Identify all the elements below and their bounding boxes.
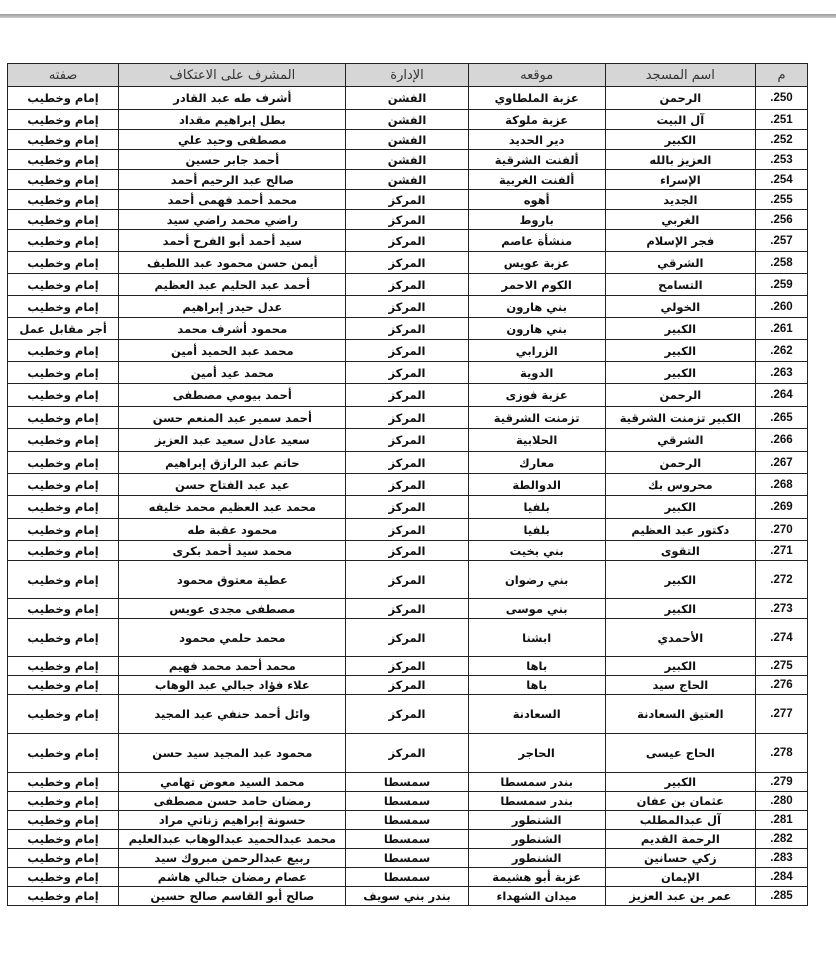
cell-num: 250. [755,87,807,110]
cell-role: إمام وخطيب [8,362,119,384]
cell-administration: المركز [346,384,468,407]
table-row: 275.الكبيرباهاالمركزمحمد أحمد محمد فهيمإ… [8,657,808,676]
table-row: 268.محروس بكالدوالطةالمركزعيد عبد الفتاح… [8,474,808,496]
cell-location: الحاجر [468,734,605,773]
cell-location: أهوه [468,190,605,210]
cell-num: 266. [755,429,807,452]
table-row: 270.دكتور عبد العظيمبلفياالمركزمحمود عقب… [8,519,808,541]
cell-supervisor: محمد عبد الحميد أمين [119,340,346,362]
cell-mosque-name: الحاج سيد [605,676,755,695]
table-row: 281.آل عبدالمطلبالشنطورسمسطاحسونة إبراهي… [8,811,808,830]
cell-num: 274. [755,619,807,657]
cell-location: الكوم الاحمر [468,274,605,296]
cell-mosque-name: الرحمن [605,452,755,474]
table-row: 264.الرحمنعزبة فوزىالمركزأحمد بيومي مصطف… [8,384,808,407]
cell-num: 271. [755,541,807,561]
cell-location: عزبة فوزى [468,384,605,407]
table-row: 267.الرحمنمعاركالمركزحاتم عبد الرازق إبر… [8,452,808,474]
table-row: 262.الكبيرالزرابيالمركزمحمد عبد الحميد أ… [8,340,808,362]
cell-administration: سمسطا [346,830,468,849]
cell-num: 267. [755,452,807,474]
table-row: 283.زكي حسانينالشنطورسمسطاربيع عبدالرحمن… [8,849,808,868]
cell-supervisor: راضي محمد راضي سيد [119,210,346,230]
cell-location: الشنطور [468,830,605,849]
cell-administration: المركز [346,210,468,230]
table-row: 266.الشرقيالحلابيةالمركزسعيد عادل سعيد ع… [8,429,808,452]
cell-supervisor: محمد سيد أحمد بكرى [119,541,346,561]
cell-role: إمام وخطيب [8,496,119,519]
cell-supervisor: محمد حلمي محمود [119,619,346,657]
cell-role: إمام وخطيب [8,868,119,887]
cell-num: 277. [755,695,807,734]
cell-mosque-name: الكبير [605,496,755,519]
cell-num: 253. [755,150,807,170]
cell-role: إمام وخطيب [8,541,119,561]
table-row: 250.الرحمنعزبة الملطاويالفشنأشرف طه عبد … [8,87,808,110]
cell-administration: المركز [346,452,468,474]
cell-location: بني موسى [468,599,605,619]
cell-role: إمام وخطيب [8,130,119,150]
cell-num: 259. [755,274,807,296]
cell-role: إمام وخطيب [8,407,119,429]
cell-mosque-name: الشرقي [605,252,755,274]
cell-num: 278. [755,734,807,773]
cell-location: عزبة ملوكة [468,110,605,130]
cell-administration: المركز [346,519,468,541]
cell-administration: المركز [346,407,468,429]
cell-administration: المركز [346,474,468,496]
cell-administration: الفشن [346,130,468,150]
cell-administration: المركز [346,734,468,773]
cell-num: 276. [755,676,807,695]
cell-mosque-name: التقوى [605,541,755,561]
cell-supervisor: عيد عبد الفتاح حسن [119,474,346,496]
cell-location: الدوية [468,362,605,384]
cell-mosque-name: الكبير [605,561,755,599]
cell-supervisor: عصام رمضان جبالي هاشم [119,868,346,887]
cell-mosque-name: الإسراء [605,170,755,190]
cell-supervisor: محمود عقبة طه [119,519,346,541]
cell-administration: المركز [346,318,468,340]
table-body: 250.الرحمنعزبة الملطاويالفشنأشرف طه عبد … [8,87,808,906]
cell-location: بندر سمسطا [468,773,605,792]
cell-mosque-name: الرحمن [605,384,755,407]
cell-num: 285. [755,887,807,906]
cell-mosque-name: الكبير تزمنت الشرقية [605,407,755,429]
cell-administration: المركز [346,561,468,599]
cell-supervisor: صالح عبد الرحيم أحمد [119,170,346,190]
mosque-supervisors-table: م اسم المسجد موقعه الإدارة المشرف على ال… [7,63,808,906]
header-role: صفته [8,64,119,87]
cell-role: أجر مقابل عمل [8,318,119,340]
cell-location: ميدان الشهداء [468,887,605,906]
table-row: 251.آل البيتعزبة ملوكةالفشنبطل إبراهيم م… [8,110,808,130]
cell-administration: سمسطا [346,868,468,887]
cell-location: دير الحديد [468,130,605,150]
table-row: 252.الكبيردير الحديدالفشنمصطفى وحيد عليإ… [8,130,808,150]
cell-role: إمام وخطيب [8,676,119,695]
cell-supervisor: أيمن حسن محمود عبد اللطيف [119,252,346,274]
table-row: 265.الكبير تزمنت الشرقيةتزمنت الشرقيةالم… [8,407,808,429]
cell-mosque-name: الخولي [605,296,755,318]
cell-num: 258. [755,252,807,274]
cell-mosque-name: العتيق السعادنة [605,695,755,734]
cell-role: إمام وخطيب [8,811,119,830]
table-row: 254.الإسراءألفنت الغربيةالفشنصالح عبد ال… [8,170,808,190]
cell-location: ألفنت الغربية [468,170,605,190]
cell-location: بلفيا [468,496,605,519]
cell-mosque-name: الرحمة القديم [605,830,755,849]
cell-num: 255. [755,190,807,210]
cell-mosque-name: الغربي [605,210,755,230]
table-row: 274.الأحمديابشناالمركزمحمد حلمي محمودإما… [8,619,808,657]
cell-supervisor: عدل حيدر إبراهيم [119,296,346,318]
cell-location: الدوالطة [468,474,605,496]
cell-location: الشنطور [468,811,605,830]
table-row: 255.الجديدأهوهالمركزمحمد أحمد فهمى أحمدإ… [8,190,808,210]
cell-location: باها [468,657,605,676]
cell-mosque-name: الحاج عيسى [605,734,755,773]
table-row: 259.التسامحالكوم الاحمرالمركزأحمد عبد ال… [8,274,808,296]
table-row: 253.العزيز باللهألفنت الشرقيةالفشنأحمد ج… [8,150,808,170]
cell-mosque-name: فجر الإسلام [605,230,755,252]
cell-administration: المركز [346,190,468,210]
cell-administration: المركز [346,676,468,695]
cell-role: إمام وخطيب [8,619,119,657]
cell-role: إمام وخطيب [8,296,119,318]
cell-mosque-name: عثمان بن عفان [605,792,755,811]
table-row: 285.عمر بن عبد العزيزميدان الشهداءبندر ب… [8,887,808,906]
page-top-rule [0,14,836,18]
cell-role: إمام وخطيب [8,695,119,734]
cell-supervisor: بطل إبراهيم مقداد [119,110,346,130]
cell-supervisor: محمود أشرف محمد [119,318,346,340]
cell-location: عزبة الملطاوي [468,87,605,110]
cell-location: الزرابي [468,340,605,362]
cell-role: إمام وخطيب [8,474,119,496]
header-administration: الإدارة [346,64,468,87]
cell-supervisor: عطية معتوق محمود [119,561,346,599]
cell-num: 265. [755,407,807,429]
cell-mosque-name: الكبير [605,130,755,150]
cell-supervisor: وائل أحمد حنفي عبد المجيد [119,695,346,734]
table-row: 256.الغربيباروطالمركزراضي محمد راضي سيدإ… [8,210,808,230]
cell-supervisor: أحمد بيومي مصطفى [119,384,346,407]
cell-num: 282. [755,830,807,849]
table-row: 277.العتيق السعادنةالسعادنةالمركزوائل أح… [8,695,808,734]
cell-role: إمام وخطيب [8,734,119,773]
cell-num: 273. [755,599,807,619]
cell-administration: الفشن [346,150,468,170]
cell-num: 268. [755,474,807,496]
cell-mosque-name: الكبير [605,340,755,362]
cell-role: إمام وخطيب [8,110,119,130]
cell-supervisor: محمود عبد المجيد سيد حسن [119,734,346,773]
cell-mosque-name: دكتور عبد العظيم [605,519,755,541]
cell-mosque-name: عمر بن عبد العزيز [605,887,755,906]
cell-supervisor: رمضان حامد حسن مصطفى [119,792,346,811]
cell-role: إمام وخطيب [8,887,119,906]
cell-num: 279. [755,773,807,792]
header-location: موقعه [468,64,605,87]
cell-location: باها [468,676,605,695]
cell-role: إمام وخطيب [8,150,119,170]
cell-location: بندر سمسطا [468,792,605,811]
cell-supervisor: ربيع عبدالرحمن مبروك سيد [119,849,346,868]
table-row: 278.الحاج عيسىالحاجرالمركزمحمود عبد المج… [8,734,808,773]
cell-supervisor: محمد أحمد فهمى أحمد [119,190,346,210]
cell-role: إمام وخطيب [8,384,119,407]
cell-location: بلفيا [468,519,605,541]
cell-mosque-name: زكي حسانين [605,849,755,868]
cell-mosque-name: آل البيت [605,110,755,130]
cell-supervisor: علاء فؤاد جبالي عبد الوهاب [119,676,346,695]
cell-administration: المركز [346,599,468,619]
cell-administration: سمسطا [346,792,468,811]
table-row: 260.الخوليبني هارونالمركزعدل حيدر إبراهي… [8,296,808,318]
cell-role: إمام وخطيب [8,252,119,274]
cell-mosque-name: الكبير [605,318,755,340]
cell-administration: المركز [346,362,468,384]
cell-role: إمام وخطيب [8,849,119,868]
cell-supervisor: أحمد جابر حسين [119,150,346,170]
cell-administration: الفشن [346,170,468,190]
cell-supervisor: محمد السيد معوض تهامي [119,773,346,792]
cell-num: 281. [755,811,807,830]
cell-mosque-name: الإيمان [605,868,755,887]
cell-location: تزمنت الشرقية [468,407,605,429]
table-row: 263.الكبيرالدويةالمركزمحمد عيد أمينإمام … [8,362,808,384]
cell-role: إمام وخطيب [8,190,119,210]
cell-location: منشأة عاصم [468,230,605,252]
cell-supervisor: محمد عبد العظيم محمد خليفه [119,496,346,519]
cell-num: 269. [755,496,807,519]
cell-num: 254. [755,170,807,190]
cell-administration: سمسطا [346,849,468,868]
cell-administration: سمسطا [346,773,468,792]
cell-mosque-name: التسامح [605,274,755,296]
cell-num: 264. [755,384,807,407]
cell-administration: المركز [346,429,468,452]
cell-num: 262. [755,340,807,362]
cell-administration: المركز [346,340,468,362]
cell-role: إمام وخطيب [8,657,119,676]
cell-supervisor: سعيد عادل سعيد عبد العزيز [119,429,346,452]
cell-location: ابشنا [468,619,605,657]
cell-num: 252. [755,130,807,150]
cell-supervisor: حاتم عبد الرازق إبراهيم [119,452,346,474]
table-header-row: م اسم المسجد موقعه الإدارة المشرف على ال… [8,64,808,87]
cell-mosque-name: الشرقي [605,429,755,452]
cell-location: بني هارون [468,318,605,340]
cell-role: إمام وخطيب [8,210,119,230]
cell-role: إمام وخطيب [8,87,119,110]
cell-supervisor: أحمد عبد الحليم عبد العظيم [119,274,346,296]
cell-mosque-name: الكبير [605,599,755,619]
table-row: 258.الشرقيعزبة عويسالمركزأيمن حسن محمود … [8,252,808,274]
cell-location: عزبة أبو هشيمة [468,868,605,887]
cell-administration: المركز [346,296,468,318]
cell-administration: المركز [346,541,468,561]
cell-mosque-name: الرحمن [605,87,755,110]
cell-location: السعادنة [468,695,605,734]
cell-administration: المركز [346,657,468,676]
cell-supervisor: صالح أبو القاسم صالح حسين [119,887,346,906]
cell-supervisor: مصطفى مجدى عويس [119,599,346,619]
cell-administration: المركز [346,230,468,252]
cell-role: إمام وخطيب [8,429,119,452]
cell-num: 261. [755,318,807,340]
header-supervisor: المشرف على الاعتكاف [119,64,346,87]
cell-location: معارك [468,452,605,474]
cell-location: الحلابية [468,429,605,452]
cell-num: 263. [755,362,807,384]
cell-num: 270. [755,519,807,541]
cell-location: بني رضوان [468,561,605,599]
cell-administration: الفشن [346,87,468,110]
cell-supervisor: محمد عبدالحميد عبدالوهاب عبدالعليم [119,830,346,849]
cell-location: بني هارون [468,296,605,318]
cell-administration: بندر بني سويف [346,887,468,906]
cell-supervisor: محمد أحمد محمد فهيم [119,657,346,676]
cell-supervisor: حسونة إبراهيم زناتي مراد [119,811,346,830]
cell-num: 275. [755,657,807,676]
cell-supervisor: مصطفى وحيد علي [119,130,346,150]
table-row: 273.الكبيربني موسىالمركزمصطفى مجدى عويسإ… [8,599,808,619]
cell-administration: المركز [346,274,468,296]
cell-mosque-name: الجديد [605,190,755,210]
table-row: 282.الرحمة القديمالشنطورسمسطامحمد عبدالح… [8,830,808,849]
cell-administration: المركز [346,695,468,734]
cell-role: إمام وخطيب [8,340,119,362]
table-row: 269.الكبيربلفياالمركزمحمد عبد العظيم محم… [8,496,808,519]
cell-location: الشنطور [468,849,605,868]
table-row: 257.فجر الإسلاممنشأة عاصمالمركزسيد أحمد … [8,230,808,252]
cell-num: 283. [755,849,807,868]
cell-location: بني بخيت [468,541,605,561]
cell-role: إمام وخطيب [8,830,119,849]
table-row: 284.الإيمانعزبة أبو هشيمةسمسطاعصام رمضان… [8,868,808,887]
cell-role: إمام وخطيب [8,230,119,252]
cell-administration: الفشن [346,110,468,130]
cell-role: إمام وخطيب [8,519,119,541]
cell-administration: المركز [346,252,468,274]
cell-supervisor: سيد أحمد أبو الفرح أحمد [119,230,346,252]
cell-role: إمام وخطيب [8,599,119,619]
table-row: 279.الكبيربندر سمسطاسمسطامحمد السيد معوض… [8,773,808,792]
cell-role: إمام وخطيب [8,274,119,296]
cell-supervisor: أحمد سمير عبد المنعم حسن [119,407,346,429]
cell-num: 257. [755,230,807,252]
cell-supervisor: محمد عيد أمين [119,362,346,384]
cell-role: إمام وخطيب [8,773,119,792]
table-row: 271.التقوىبني بخيتالمركزمحمد سيد أحمد بك… [8,541,808,561]
cell-mosque-name: محروس بك [605,474,755,496]
cell-num: 256. [755,210,807,230]
cell-mosque-name: الأحمدي [605,619,755,657]
cell-mosque-name: آل عبدالمطلب [605,811,755,830]
cell-num: 251. [755,110,807,130]
cell-mosque-name: الكبير [605,773,755,792]
cell-administration: سمسطا [346,811,468,830]
cell-role: إمام وخطيب [8,452,119,474]
cell-num: 272. [755,561,807,599]
cell-administration: المركز [346,619,468,657]
cell-location: ألفنت الشرقية [468,150,605,170]
cell-num: 280. [755,792,807,811]
table-row: 261.الكبيربني هارونالمركزمحمود أشرف محمد… [8,318,808,340]
header-mosque-name: اسم المسجد [605,64,755,87]
cell-role: إمام وخطيب [8,561,119,599]
cell-num: 260. [755,296,807,318]
cell-role: إمام وخطيب [8,792,119,811]
cell-num: 284. [755,868,807,887]
header-num: م [755,64,807,87]
cell-location: عزبة عويس [468,252,605,274]
cell-mosque-name: الكبير [605,657,755,676]
table-row: 280.عثمان بن عفانبندر سمسطاسمسطارمضان حا… [8,792,808,811]
cell-mosque-name: الكبير [605,362,755,384]
cell-supervisor: أشرف طه عبد القادر [119,87,346,110]
cell-location: باروط [468,210,605,230]
table-row: 276.الحاج سيدباهاالمركزعلاء فؤاد جبالي ع… [8,676,808,695]
cell-role: إمام وخطيب [8,170,119,190]
table-row: 272.الكبيربني رضوانالمركزعطية معتوق محمو… [8,561,808,599]
cell-administration: المركز [346,496,468,519]
cell-mosque-name: العزيز بالله [605,150,755,170]
